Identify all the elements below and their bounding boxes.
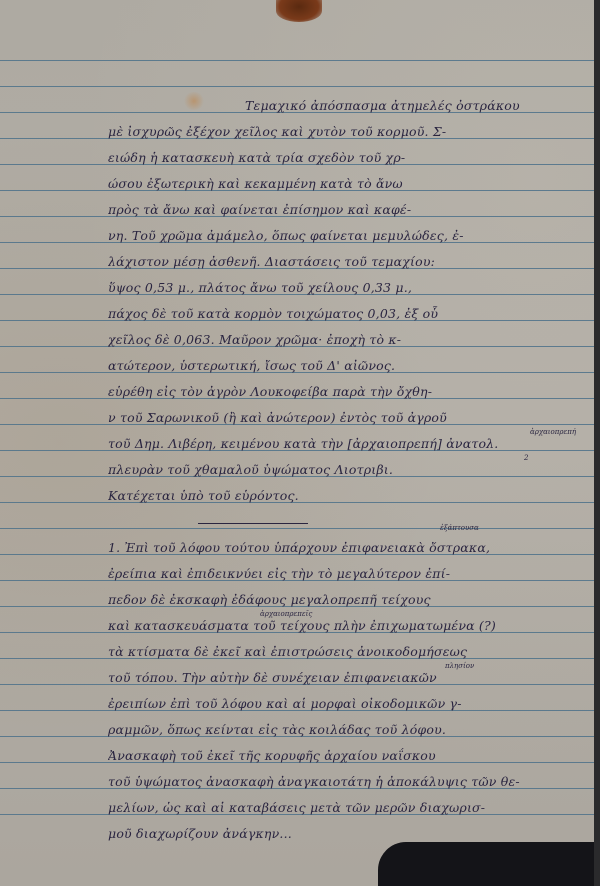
text-line: πρὸς τὰ ἄνω καὶ φαίνεται ἐπίσημον καὶ κα… [108,202,594,217]
text-line: μοῦ διαχωρίζουν ἀνάγκην... [108,826,594,841]
text-line: ὕψος 0,53 μ., πλάτος ἄνω τοῦ χείλους 0,3… [108,280,594,295]
text-line: καὶ κατασκευάσματα τοῦ τείχους πλὴν ἐπιχ… [108,618,594,633]
interlinear-note: ἀρχαιοπρεπή [530,428,576,436]
interlinear-note: ἀρχαιοπρεπεῖς [260,610,312,618]
text-line: ραμμῶν, ὅπως κείνται εἰς τὰς κοιλάδας το… [108,722,594,737]
text-line: 1. Ἐπὶ τοῦ λόφου τούτου ὑπάρχουν ἐπιφανε… [108,540,594,555]
rule-line [0,86,594,87]
text-line: λάχιστον μέσῃ ἀσθενῆ. Διαστάσεις τοῦ τεμ… [108,254,594,269]
footnote-mark: 2 [524,454,528,462]
section-divider [198,523,308,524]
text-line: ειώδη ἡ κατασκευὴ κατὰ τρία σχεδὸν τοῦ χ… [108,150,594,165]
interlinear-note: πλησίον [445,662,474,670]
text-line: μὲ ἰσχυρῶς ἐξέχον χεῖλος καὶ χυτὸν τοῦ κ… [108,124,594,139]
text-line: Κατέχεται ὑπὸ τοῦ εὑρόντος. [108,488,594,503]
text-line: τοῦ τόπου. Τὴν αὐτὴν δὲ συνέχειαν ἐπιφαν… [108,670,594,685]
text-line: πεδον δὲ ἐκσκαφὴ ἐδάφους μεγαλοπρεπῆ τεί… [108,592,594,607]
text-line: τοῦ Δημ. Λιβέρη, κειμένου κατὰ τὴν [ἀρχα… [108,436,594,451]
text-line: ν τοῦ Σαρωνικοῦ (ἢ καὶ ἀνώτερον) ἐντὸς τ… [108,410,594,425]
text-line: ἐρειπίων ἐπὶ τοῦ λόφου καὶ αἱ μορφαὶ οἰκ… [108,696,594,711]
text-line: Τεμαχικό ἀπόσπασμα ἀτημελές ὀστράκου [245,98,594,113]
rule-line [0,528,594,529]
text-line: ἐρείπια καὶ ἐπιδεικνύει εἰς τὴν τὸ μεγαλ… [108,566,594,581]
small-stain [183,92,205,110]
text-line: τὰ κτίσματα δὲ ἐκεῖ καὶ ἐπιστρώσεις ἀνοι… [108,644,594,659]
interlinear-note: ἐξάπτουσα [440,524,479,532]
torn-corner [378,842,600,886]
manuscript-page: Τεμαχικό ἀπόσπασμα ἀτημελές ὀστράκου μὲ … [0,0,594,886]
text-line: μελίων, ὡς καὶ αἱ καταβάσεις μετὰ τῶν με… [108,800,594,815]
text-line: πάχος δὲ τοῦ κατὰ κορμὸν τοιχώματος 0,03… [108,306,594,321]
text-line: ατώτερον, ὑστερωτική, ἴσως τοῦ Δ' αἰῶνος… [108,358,594,373]
text-line: χεῖλος δὲ 0,063. Μαῦρον χρῶμα· ἐποχὴ τὸ … [108,332,594,347]
scan-edge [594,0,600,886]
text-line: νη. Τοῦ χρῶμα ἀμάμελο, ὅπως φαίνεται μεμ… [108,228,594,243]
text-line: ώσου ἐξωτερικὴ καὶ κεκαμμένη κατὰ τὸ ἄνω [108,176,594,191]
rule-line [0,60,594,61]
text-line: Ἀνασκαφὴ τοῦ ἐκεῖ τῆς κορυφῆς ἀρχαίου να… [108,748,594,763]
text-line: πλευρὰν τοῦ χθαμαλοῦ ὑψώματος Λιοτριβι. [108,462,594,477]
text-line: τοῦ ὑψώματος ἀνασκαφὴ ἀναγκαιοτάτη ἡ ἀπο… [108,774,594,789]
top-stain [276,0,322,22]
text-line: εὑρέθη εἰς τὸν ἀγρὸν Λουκοφείβα παρὰ τὴν… [108,384,594,399]
